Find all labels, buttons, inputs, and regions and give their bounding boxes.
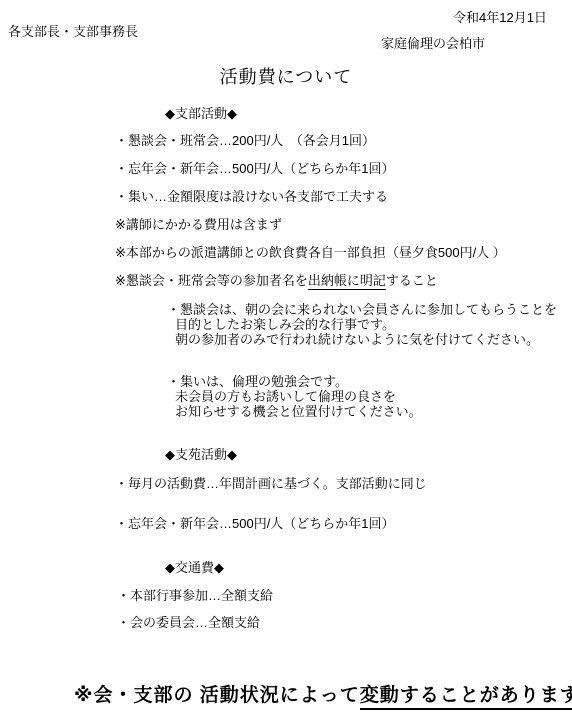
section-heading-kotsuhi: ◆交通費◆ [165,560,224,576]
note-item-ledger: ※懇談会・班常会等の参加者名を出納帳に明記すること [115,273,438,289]
footer-disclaimer-prefix: ※会・支部の 活動状況によって [74,685,360,706]
document-date: 令和4年12月1日 [453,10,547,26]
kondankai-note-line: 朝の参加者のみで行われ続けないように気を付けてください。 [175,332,539,348]
ledger-note-underlined: 出納帳に明記 [308,273,386,290]
tsudoi-note-line: 未会員の方もお誘いして倫理の良さを [175,389,396,405]
list-item: ・本部行事参加…全額支給 [117,588,273,604]
kondankai-note-line: ・懇談会は、朝の会に来られない会員さんに参加してもらうことを [167,302,557,318]
list-item: ・会の委員会…全額支給 [117,615,260,631]
section-heading-shibu-katsudo: ◆支部活動◆ [165,106,237,122]
addressee: 各支部長・支部事務長 [8,24,138,40]
footer-disclaimer: ※会・支部の 活動状況によって変動することがあります。 [74,680,572,707]
tsudoi-note-line: お知らせする機会と位置付けてください。 [175,404,422,420]
document-page: 令和4年12月1日 各支部長・支部事務長 家庭倫理の会柏市 活動費について ◆支… [0,0,572,712]
ledger-note-prefix: ※懇談会・班常会等の参加者名を [115,273,308,288]
ledger-note-suffix: すること [386,273,438,288]
list-item: ・懇談会・班常会…200円/人 （各会月1回） [115,133,375,149]
footer-disclaimer-underlined: 変動することがあります。 [360,685,572,710]
list-item: ・忘年会・新年会…500円/人（どちらか年1回） [115,161,395,177]
tsudoi-note-line: ・集いは、倫理の勉強会です。 [167,374,348,390]
section-heading-shien-katsudo: ◆支苑活動◆ [165,447,237,463]
list-item: ・忘年会・新年会…500円/人（どちらか年1回） [115,516,395,532]
note-item: ※本部からの派遣講師との飲食費各自一部負担（昼夕食500円/人 ） [115,245,506,261]
kondankai-note-line: 目的としたお楽しみ会的な行事です。 [175,317,395,333]
page-title: 活動費について [0,63,572,89]
list-item: ・集い…金額限度は設けない各支部で工夫する [115,189,388,205]
organization-name: 家庭倫理の会柏市 [381,36,485,52]
list-item: ・毎月の活動費…年間計画に基づく。支部活動に同じ [115,476,427,492]
note-item: ※講師にかかる費用は含まず [115,217,282,233]
